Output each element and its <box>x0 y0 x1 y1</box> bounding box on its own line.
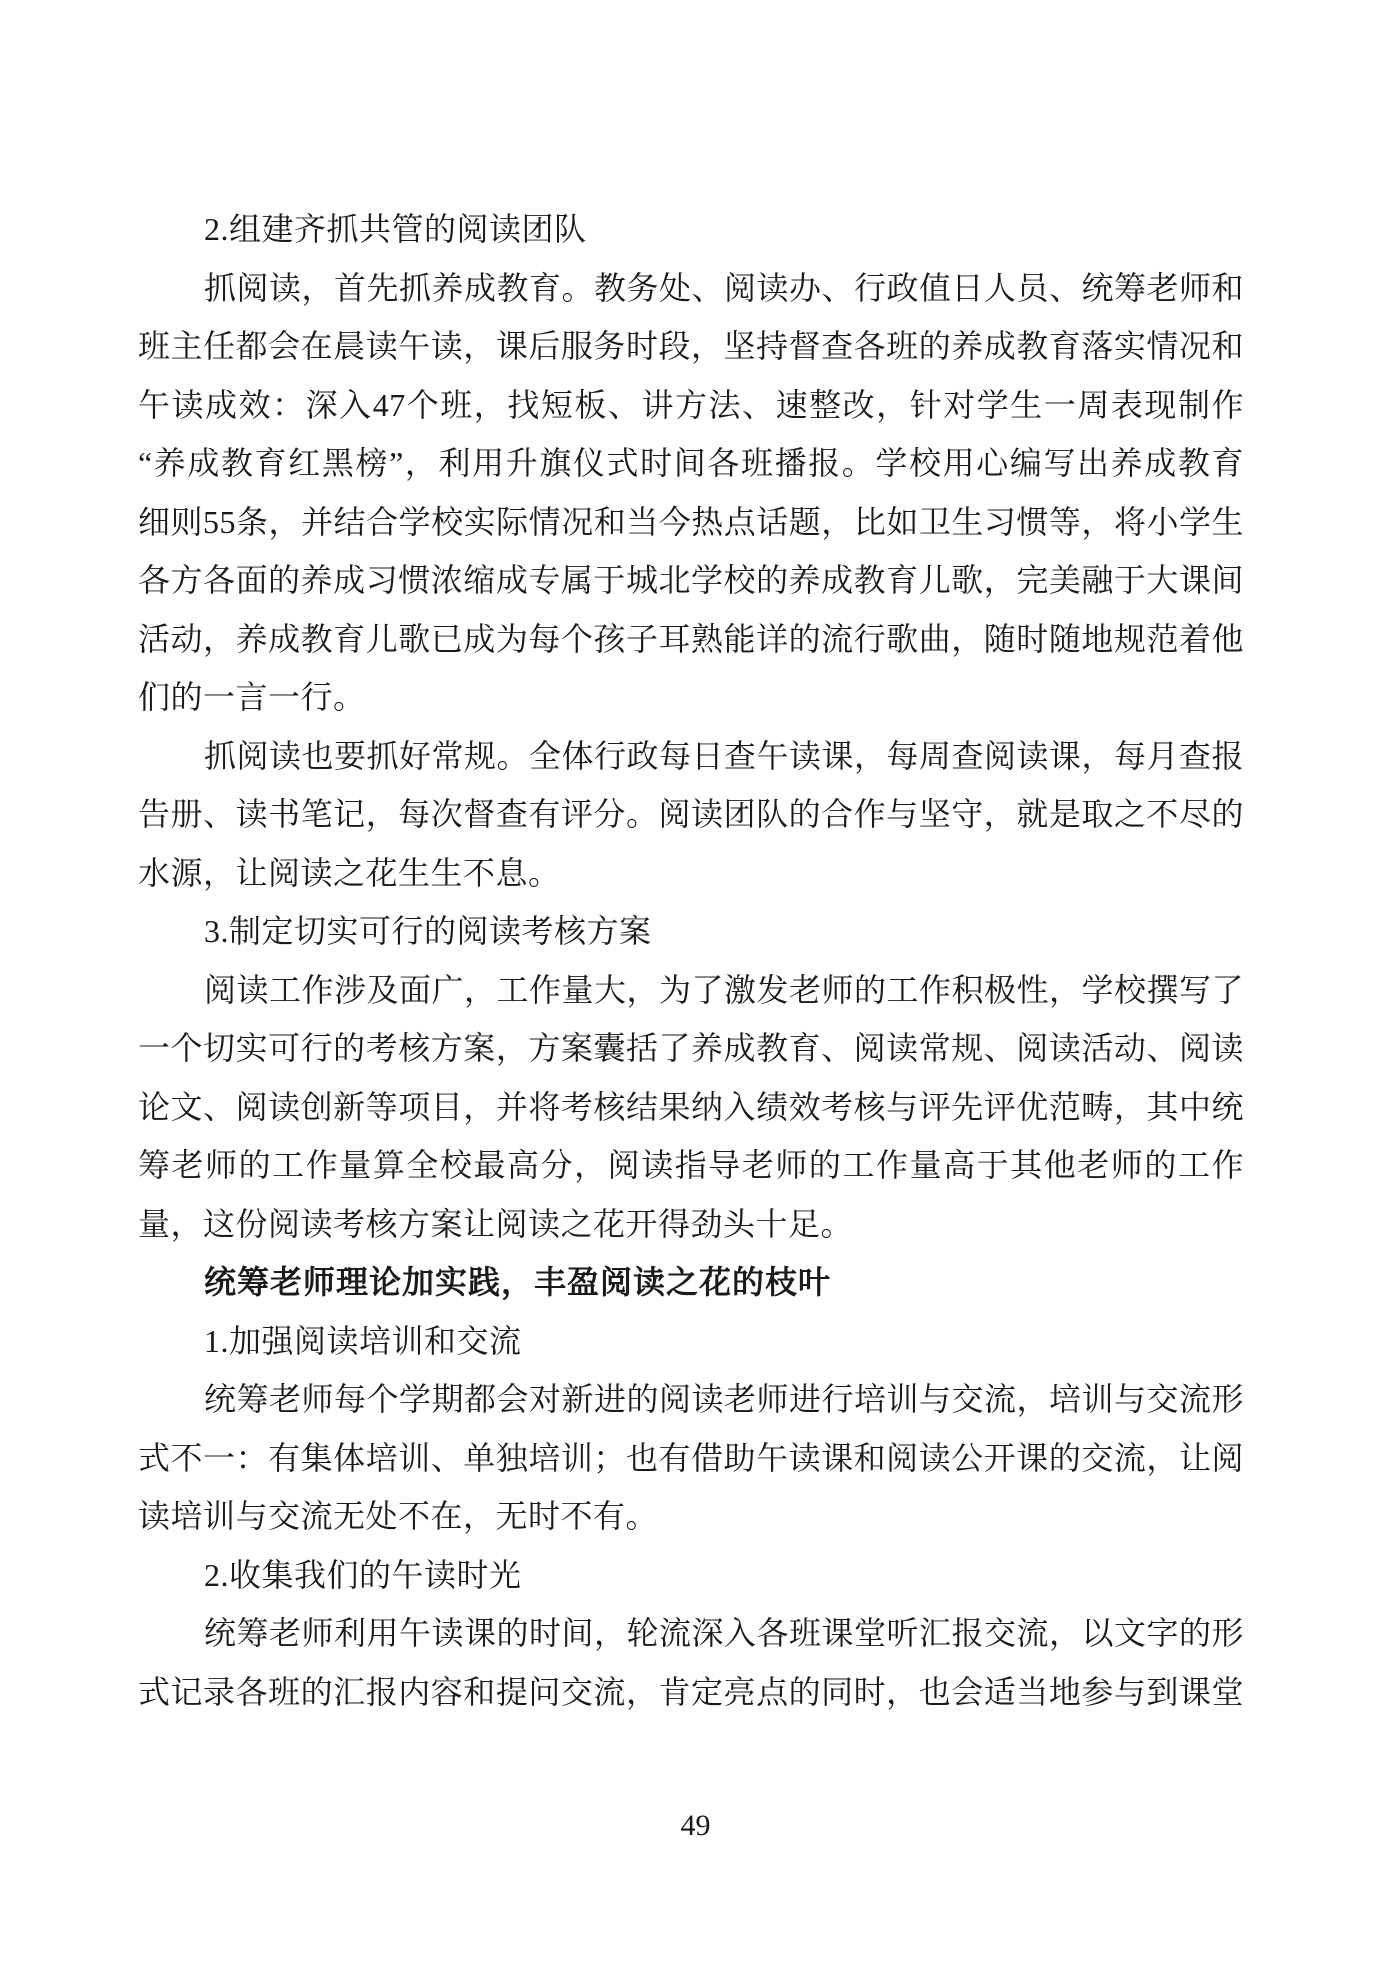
sub-heading: 2.组建齐抓共管的阅读团队 <box>138 200 1244 259</box>
text-line: 论文、阅读创新等项目，并将考核结果纳入绩效考核与评先评优范畴，其中统 <box>138 1078 1244 1137</box>
sub-heading: 2.收集我们的午读时光 <box>138 1546 1244 1605</box>
text-line: 式记录各班的汇报内容和提问交流，肯定亮点的同时，也会适当地参与到课堂 <box>138 1663 1244 1722</box>
text-line: 告册、读书笔记，每次督查有评分。阅读团队的合作与坚守，就是取之不尽的 <box>138 785 1244 844</box>
text-line: 统筹老师理论加实践，丰盈阅读之花的枝叶 <box>138 1253 1244 1312</box>
text-line: 阅读工作涉及面广，工作量大，为了激发老师的工作积极性，学校撰写了 <box>138 961 1244 1020</box>
text-line: 细则55条，并结合学校实际情况和当今热点话题，比如卫生习惯等，将小学生 <box>138 493 1244 552</box>
text-line: 们的一言一行。 <box>138 668 1244 727</box>
text-line: 抓阅读，首先抓养成教育。教务处、阅读办、行政值日人员、统筹老师和 <box>138 259 1244 318</box>
text-line: 筹老师的工作量算全校最高分，阅读指导老师的工作量高于其他老师的工作 <box>138 1136 1244 1195</box>
text-line: 一个切实可行的考核方案，方案囊括了养成教育、阅读常规、阅读活动、阅读 <box>138 1019 1244 1078</box>
text-line: 量，这份阅读考核方案让阅读之花开得劲头十足。 <box>138 1195 1244 1254</box>
text-line: 活动，养成教育儿歌已成为每个孩子耳熟能详的流行歌曲，随时随地规范着他 <box>138 610 1244 669</box>
text-line: 统筹老师利用午读课的时间，轮流深入各班课堂听汇报交流，以文字的形 <box>138 1604 1244 1663</box>
sub-heading: 3.制定切实可行的阅读考核方案 <box>138 902 1244 961</box>
text-line: 统筹老师每个学期都会对新进的阅读老师进行培训与交流，培训与交流形 <box>138 1370 1244 1429</box>
text-line: 2.收集我们的午读时光 <box>138 1546 1244 1605</box>
text-line: 水源，让阅读之花生生不息。 <box>138 844 1244 903</box>
section-heading: 统筹老师理论加实践，丰盈阅读之花的枝叶 <box>138 1253 1244 1312</box>
paragraph: 抓阅读也要抓好常规。全体行政每日查午读课，每周查阅读课，每月查报告册、读书笔记，… <box>138 727 1244 903</box>
text-line: 2.组建齐抓共管的阅读团队 <box>138 200 1244 259</box>
page-number: 49 <box>0 1805 1391 1847</box>
paragraph: 统筹老师每个学期都会对新进的阅读老师进行培训与交流，培训与交流形式不一：有集体培… <box>138 1370 1244 1546</box>
sub-heading: 1.加强阅读培训和交流 <box>138 1312 1244 1371</box>
text-line: 式不一：有集体培训、单独培训；也有借助午读课和阅读公开课的交流，让阅 <box>138 1429 1244 1488</box>
text-line: 抓阅读也要抓好常规。全体行政每日查午读课，每周查阅读课，每月查报 <box>138 727 1244 786</box>
paragraph: 统筹老师利用午读课的时间，轮流深入各班课堂听汇报交流，以文字的形式记录各班的汇报… <box>138 1604 1244 1721</box>
text-line: “养成教育红黑榜”，利用升旗仪式时间各班播报。学校用心编写出养成教育 <box>138 434 1244 493</box>
text-line: 3.制定切实可行的阅读考核方案 <box>138 902 1244 961</box>
document-body: 2.组建齐抓共管的阅读团队抓阅读，首先抓养成教育。教务处、阅读办、行政值日人员、… <box>138 200 1244 1721</box>
paragraph: 阅读工作涉及面广，工作量大，为了激发老师的工作积极性，学校撰写了一个切实可行的考… <box>138 961 1244 1254</box>
paragraph: 抓阅读，首先抓养成教育。教务处、阅读办、行政值日人员、统筹老师和班主任都会在晨读… <box>138 259 1244 727</box>
text-line: 午读成效：深入47个班，找短板、讲方法、速整改，针对学生一周表现制作 <box>138 376 1244 435</box>
text-line: 1.加强阅读培训和交流 <box>138 1312 1244 1371</box>
text-line: 各方各面的养成习惯浓缩成专属于城北学校的养成教育儿歌，完美融于大课间 <box>138 551 1244 610</box>
text-line: 班主任都会在晨读午读，课后服务时段，坚持督查各班的养成教育落实情况和 <box>138 317 1244 376</box>
text-line: 读培训与交流无处不在，无时不有。 <box>138 1487 1244 1546</box>
document-page: 2.组建齐抓共管的阅读团队抓阅读，首先抓养成教育。教务处、阅读办、行政值日人员、… <box>0 0 1391 1965</box>
